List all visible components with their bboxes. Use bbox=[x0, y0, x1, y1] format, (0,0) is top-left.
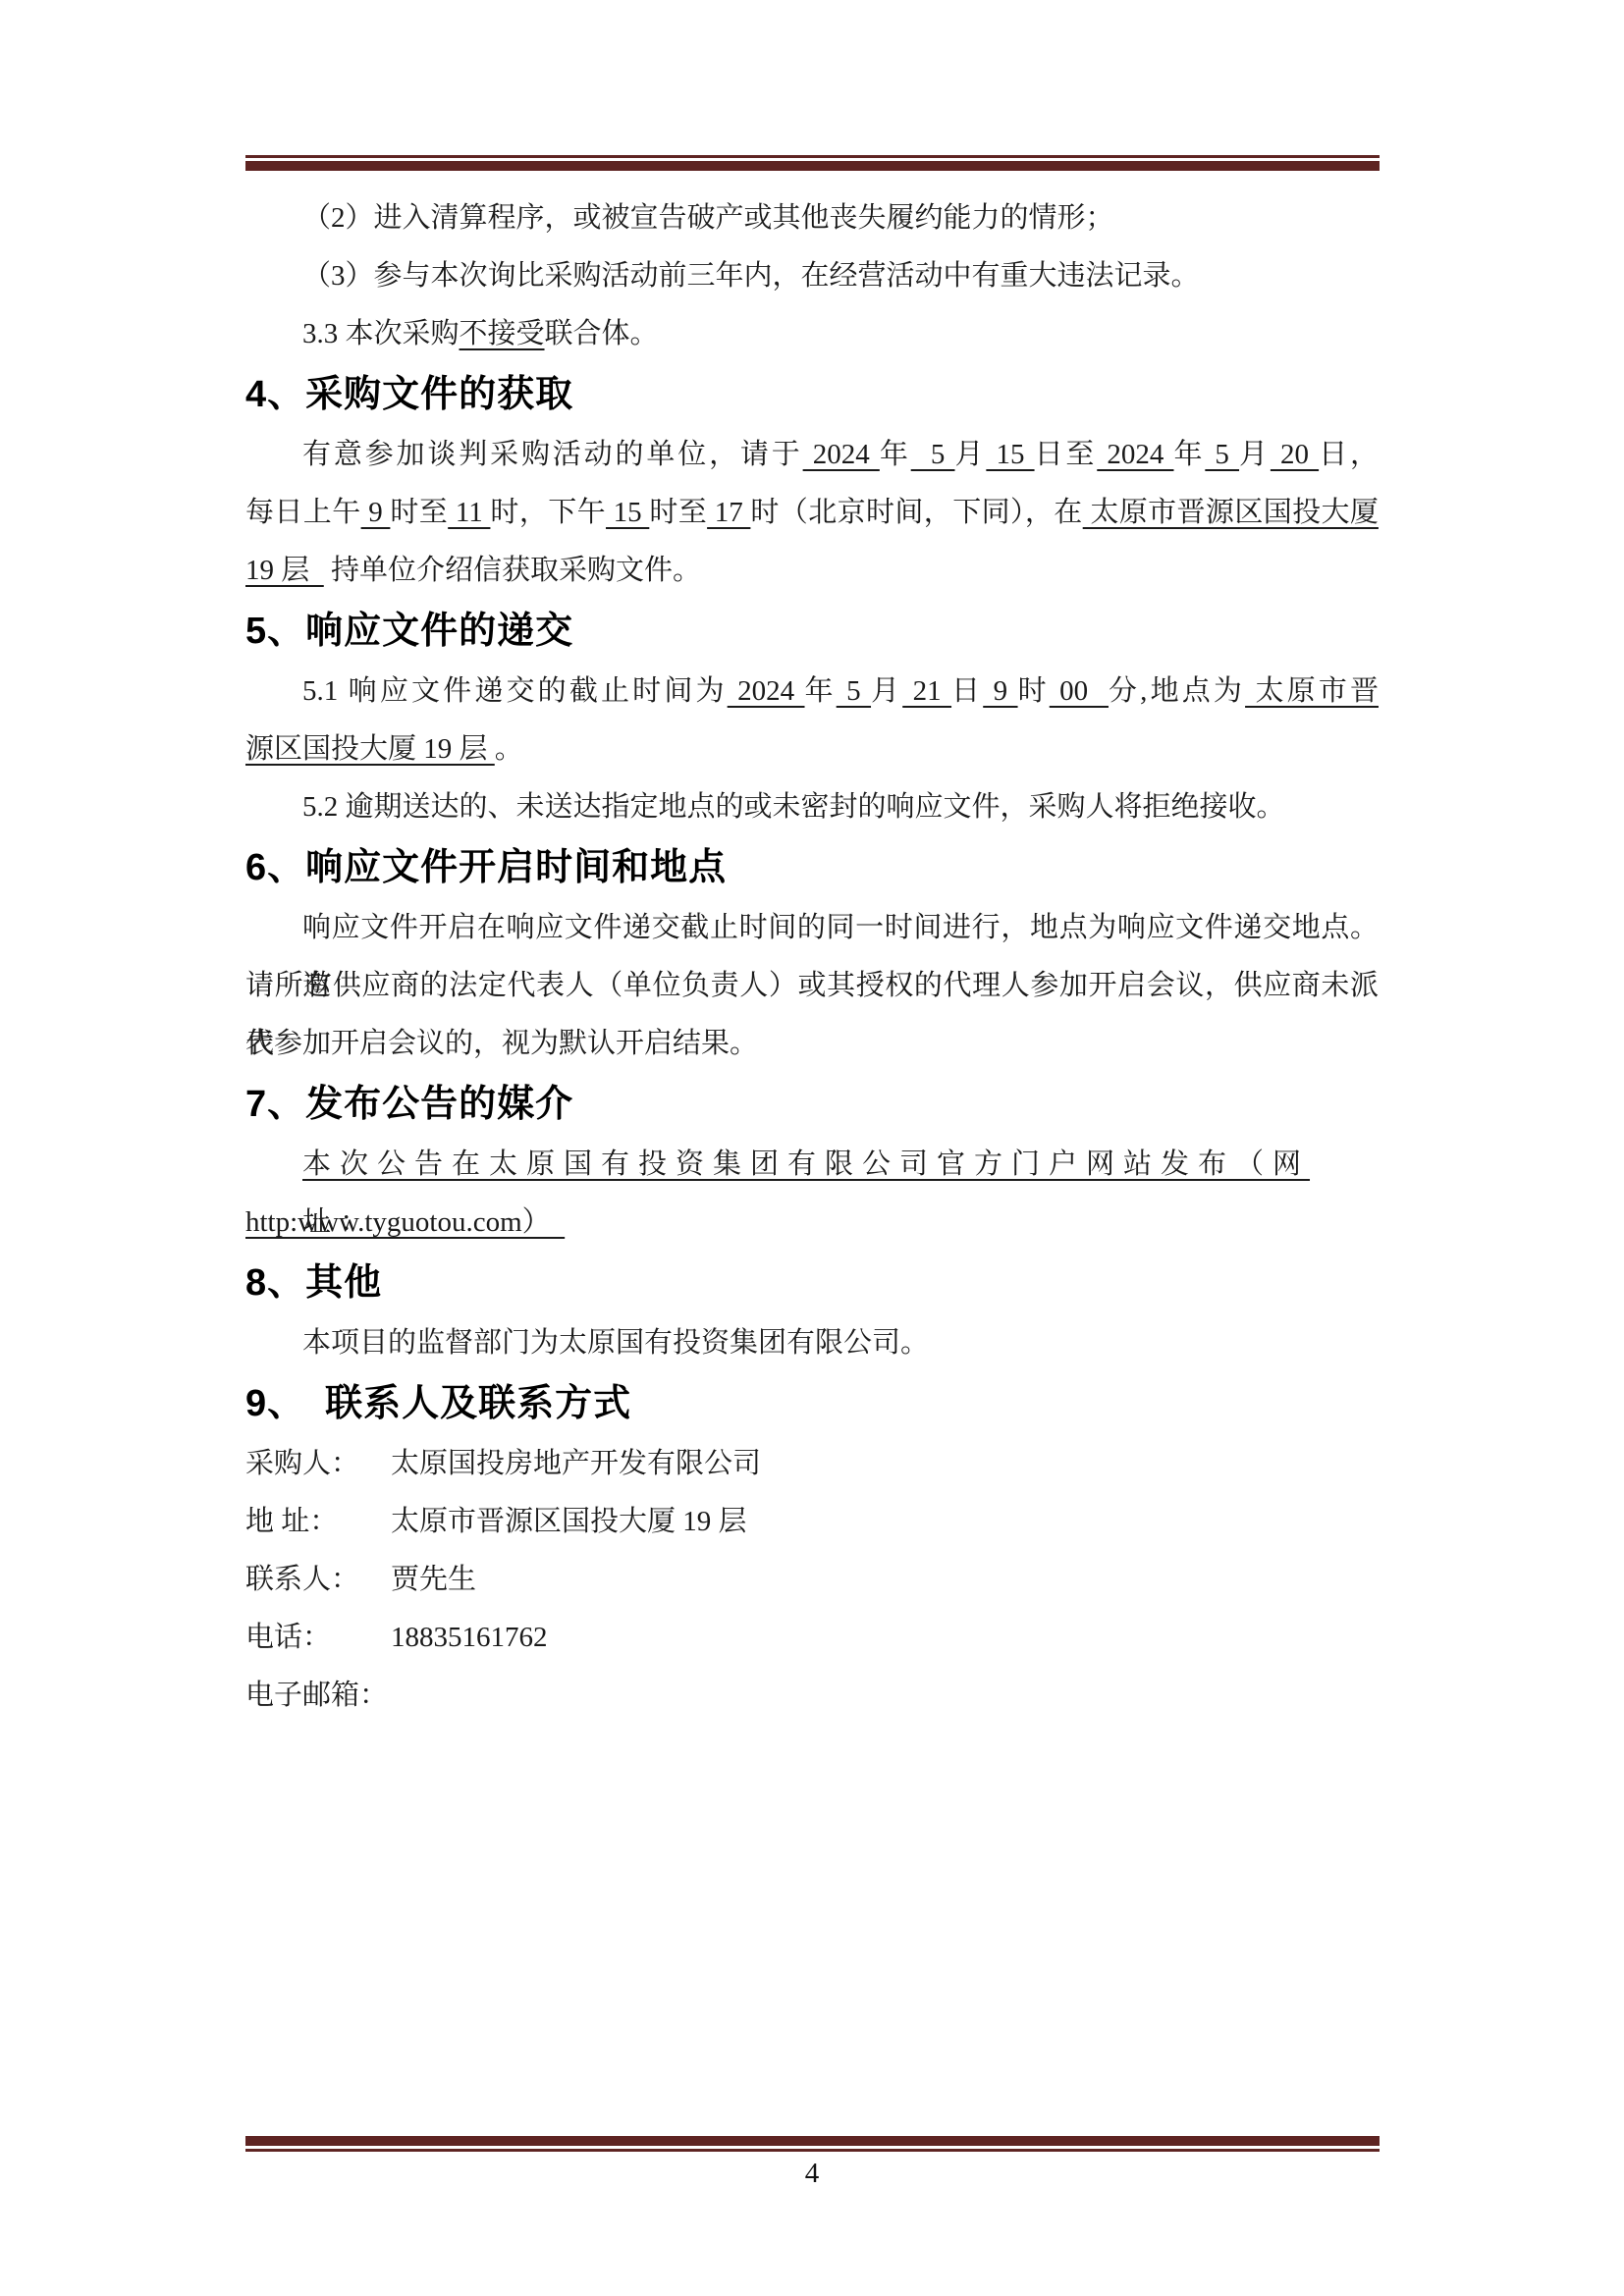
heading-section-6: 6、响应文件开启时间和地点 bbox=[245, 836, 1379, 899]
footer-rule bbox=[245, 2136, 1380, 2152]
contact-label: 联系人： bbox=[245, 1551, 391, 1609]
contact-row: 地 址：太原市晋源区国投大厦 19 层 bbox=[245, 1493, 1379, 1551]
text-line: （3）参与本次询比采购活动前三年内，在经营活动中有重大违法记录。 bbox=[245, 247, 1379, 305]
text-line: 表参加开启会议的，视为默认开启结果。 bbox=[245, 1015, 1379, 1073]
heading-section-7: 7、发布公告的媒介 bbox=[245, 1073, 1379, 1136]
text-line: （2）进入清算程序，或被宣告破产或其他丧失履约能力的情形； bbox=[245, 189, 1379, 247]
text-line: 有意参加谈判采购活动的单位，请于 2024 年 5 月 15 日至 2024 年… bbox=[245, 426, 1379, 484]
page-number: 4 bbox=[0, 2154, 1624, 2193]
contact-row: 联系人：贾先生 bbox=[245, 1551, 1379, 1609]
text-line: 5.2 逾期送达的、未送达指定地点的或未密封的响应文件，采购人将拒绝接收。 bbox=[245, 778, 1379, 836]
heading-section-9: 9、 联系人及联系方式 bbox=[245, 1372, 1379, 1435]
contact-value: 贾先生 bbox=[391, 1564, 476, 1595]
contact-row: 电话：18835161762 bbox=[245, 1609, 1379, 1667]
contact-row: 电子邮箱： bbox=[245, 1667, 1379, 1725]
text-line: 5.1 响应文件递交的截止时间为 2024 年 5 月 21 日 9 时 00 … bbox=[245, 663, 1379, 721]
text-line: 响应文件开启在响应文件递交截止时间的同一时间进行，地点为响应文件递交地点。邀 bbox=[245, 899, 1379, 957]
document-page: （2）进入清算程序，或被宣告破产或其他丧失履约能力的情形；（3）参与本次询比采购… bbox=[0, 0, 1624, 2296]
text-line: 3.3 本次采购不接受联合体。 bbox=[245, 305, 1379, 363]
contact-label: 地 址： bbox=[245, 1493, 391, 1551]
text-line: 本项目的监督部门为太原国有投资集团有限公司。 bbox=[245, 1314, 1379, 1372]
text-line: http:www.tyguotou.com） bbox=[245, 1194, 1379, 1252]
footer-rule-thick-bar bbox=[245, 2136, 1380, 2146]
header-rule-thick-bar bbox=[245, 161, 1380, 171]
footer-rule-thin-line bbox=[245, 2149, 1380, 2152]
document-content: （2）进入清算程序，或被宣告破产或其他丧失履约能力的情形；（3）参与本次询比采购… bbox=[245, 189, 1379, 1725]
contact-label: 采购人： bbox=[245, 1435, 391, 1493]
contact-row: 采购人：太原国投房地产开发有限公司 bbox=[245, 1435, 1379, 1493]
text-line: 本次公告在太原国有投资集团有限公司官方门户网站发布（网址： bbox=[245, 1136, 1379, 1194]
text-line: 源区国投大厦 19 层 。 bbox=[245, 721, 1379, 778]
heading-section-5: 5、响应文件的递交 bbox=[245, 600, 1379, 663]
text-line: 19 层 持单位介绍信获取采购文件。 bbox=[245, 542, 1379, 600]
contact-value: 太原国投房地产开发有限公司 bbox=[391, 1448, 761, 1479]
heading-section-8: 8、其他 bbox=[245, 1252, 1379, 1314]
contact-value: 太原市晋源区国投大厦 19 层 bbox=[391, 1506, 747, 1537]
contact-label: 电话： bbox=[245, 1609, 391, 1667]
text-line: 请所有供应商的法定代表人（单位负责人）或其授权的代理人参加开启会议，供应商未派代 bbox=[245, 957, 1379, 1015]
contact-label: 电子邮箱： bbox=[245, 1667, 391, 1725]
text-line: 每日上午 9 时至 11 时，下午 15 时至 17 时（北京时间，下同），在 … bbox=[245, 484, 1379, 542]
header-rule bbox=[245, 155, 1380, 171]
heading-section-4: 4、采购文件的获取 bbox=[245, 363, 1379, 426]
contact-value: 18835161762 bbox=[391, 1622, 548, 1653]
